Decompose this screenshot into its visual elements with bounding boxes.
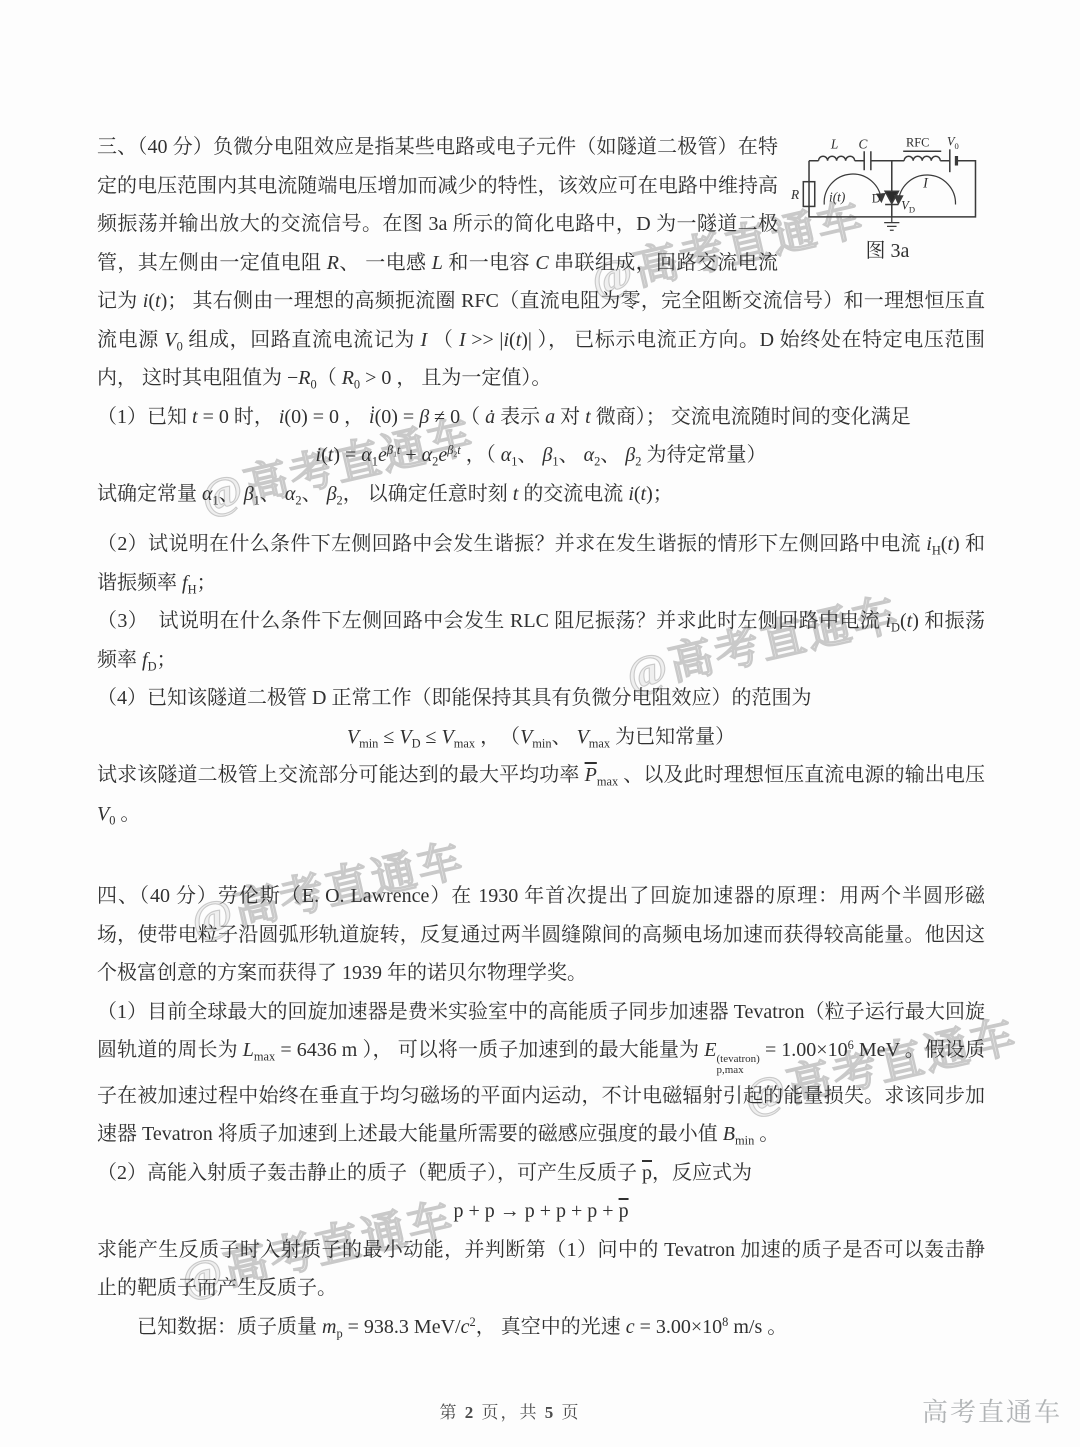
- circuit-diagram: L C RFC V0 R i(t) I D VD: [790, 132, 985, 239]
- problem4-part1: （1）目前全球最大的回旋加速器是费米实验室中的高能质子同步加速器 Tevatro…: [97, 993, 985, 1154]
- problem4-intro: 四、（40 分）劳伦斯（E. O. Lawrence）在 1930 年首次提出了…: [97, 877, 985, 993]
- rfc-label: RFC: [906, 136, 929, 150]
- loop-current-label: i(t): [829, 190, 846, 205]
- rfc-choke: [903, 151, 941, 161]
- dc-current-label: I: [922, 175, 929, 191]
- problem3-current-equation: i(t) = α1eβ1t + α2eβ2t ，（ α1、 β1、 α2、 β2…: [97, 436, 985, 475]
- circuit-figure: L C RFC V0 R i(t) I D VD 图 3a: [790, 132, 985, 263]
- diode-label: D: [872, 192, 881, 206]
- diode-voltage-label: VD: [901, 198, 915, 214]
- problem4-known-data: 已知数据：质子质量 mp = 938.3 MeV/c2， 真空中的光速 c = …: [97, 1308, 985, 1347]
- problem3-part4-task: 试求该隧道二极管上交流部分可能达到的最大平均功率 Pmax 、以及此时理想恒压直…: [97, 756, 985, 833]
- capacitor: [864, 151, 871, 170]
- resistor-label: R: [790, 187, 799, 202]
- problem-4: 四、（40 分）劳伦斯（E. O. Lawrence）在 1930 年首次提出了…: [97, 877, 985, 1346]
- problem3-part3: （3） 试说明在什么条件下左侧回路中会发生 RLC 阻尼振荡？并求此时左侧回路中…: [97, 602, 985, 679]
- problem-3: L C RFC V0 R i(t) I D VD 图 3a 三、（40 分: [97, 128, 985, 833]
- problem3-part4: （4）已知该隧道二极管 D 正常工作（即能保持其具有负微分电阻效应）的范围为: [97, 679, 985, 718]
- page-number: 第 2 页，共 5 页: [0, 1398, 1050, 1423]
- problem3-part2: （2）试说明在什么条件下左侧回路中会发生谐振？并求在发生谐振的情形下左侧回路中电…: [97, 525, 985, 602]
- problem4-number: 四、（40 分）: [97, 885, 218, 907]
- problem3-intro: L C RFC V0 R i(t) I D VD 图 3a 三、（40 分: [97, 128, 985, 398]
- problem4-reaction-equation: p + p → p + p + p + p: [97, 1192, 985, 1231]
- diode: [885, 191, 898, 203]
- source-label: V0: [947, 135, 959, 151]
- problem3-number: 三、（40 分）: [97, 136, 213, 158]
- ground-symbol: [884, 217, 899, 230]
- problem4-intro-text: 劳伦斯（E. O. Lawrence）在 1930 年首次提出了回旋加速器的原理…: [97, 885, 985, 984]
- problem3-part1-task: 试确定常量 α1、 β1、 α2、 β2， 以确定任意时刻 t 的交流电流 i(…: [97, 475, 985, 514]
- brand-logo: 高考直通车: [922, 1392, 1062, 1429]
- capacitor-label: C: [858, 136, 867, 151]
- figure-caption: 图 3a: [790, 239, 985, 263]
- problem4-part2: （2）高能入射质子轰击静止的质子（靶质子），可产生反质子 p，反应式为: [97, 1154, 985, 1193]
- problem3-part1: （1）已知 t = 0 时， i(0) = 0 ， i̇(0) = β ≠ 0（…: [97, 398, 985, 437]
- inductor-label: L: [830, 136, 838, 151]
- problem3-voltage-range-equation: Vmin ≤ VD ≤ Vmax ， （Vmin、 Vmax 为已知常量）: [97, 718, 985, 757]
- problem4-part2-task: 求能产生反质子时入射质子的最小动能，并判断第（1）问中的 Tevatron 加速…: [97, 1231, 985, 1308]
- exam-page: @高考直通车 @高考直通车 @高考直通车 @高考直通车 @高考直通车 @高考直通…: [0, 0, 1080, 1447]
- page-content: L C RFC V0 R i(t) I D VD 图 3a 三、（40 分: [97, 0, 985, 1346]
- inductor: [819, 156, 855, 161]
